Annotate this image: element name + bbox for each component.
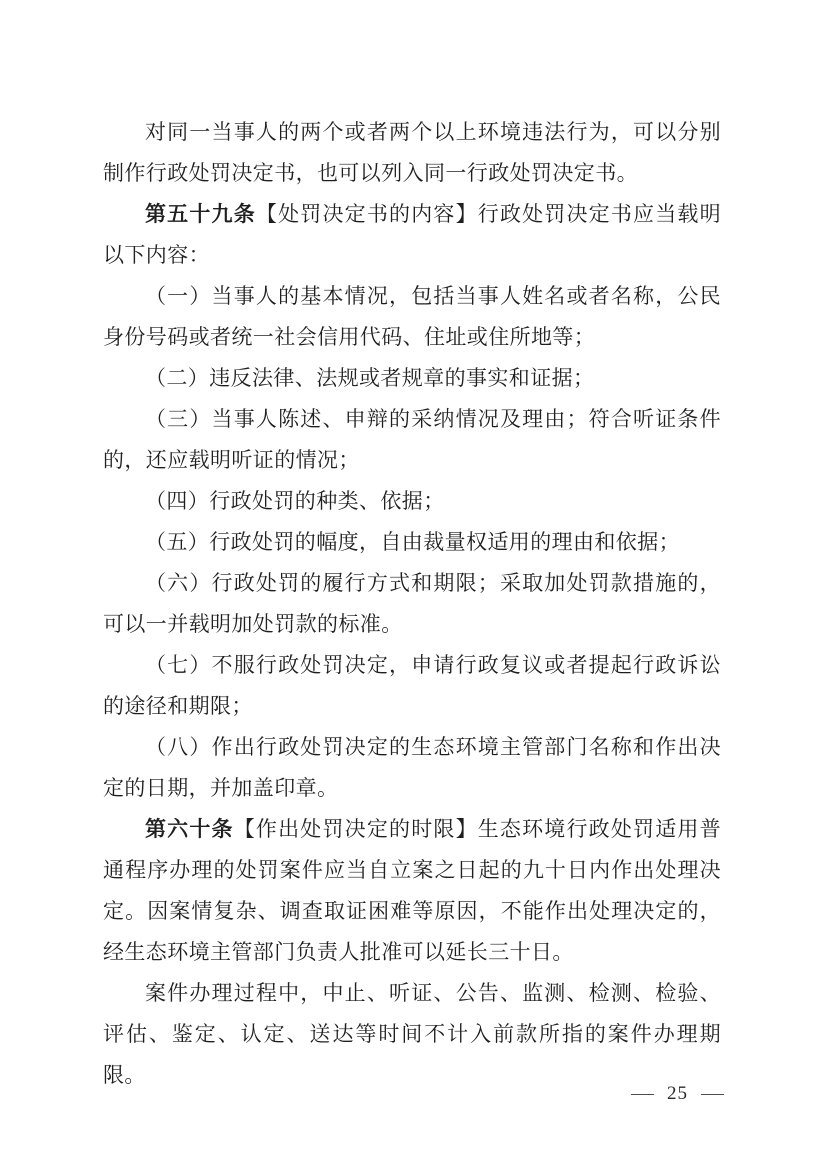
paragraph: （四）行政处罚的种类、依据； xyxy=(103,481,721,522)
page-footer: — 25 — xyxy=(633,1083,722,1105)
text-run: （三）当事人陈述、申辩的采纳情况及理由；符合听证条件的，还应载明听证的情况； xyxy=(103,407,721,472)
paragraph: （五）行政处罚的幅度，自由裁量权适用的理由和依据； xyxy=(103,522,721,563)
text-run: （五）行政处罚的幅度，自由裁量权适用的理由和依据； xyxy=(145,530,680,554)
text-run: （七）不服行政处罚决定，申请行政复议或者提起行政诉讼的途径和期限； xyxy=(103,653,721,718)
text-run: 对同一当事人的两个或者两个以上环境违法行为，可以分别制作行政处罚决定书，也可以列… xyxy=(103,120,721,185)
paragraph: （七）不服行政处罚决定，申请行政复议或者提起行政诉讼的途径和期限； xyxy=(103,645,721,727)
document-body: 对同一当事人的两个或者两个以上环境违法行为，可以分别制作行政处罚决定书，也可以列… xyxy=(103,112,721,1096)
text-run: 案件办理过程中，中止、听证、公告、监测、检测、检验、评估、鉴定、认定、送达等时间… xyxy=(103,981,721,1087)
paragraph: （一）当事人的基本情况，包括当事人姓名或者名称，公民身份号码或者统一社会信用代码… xyxy=(103,276,721,358)
footer-left-dash: — xyxy=(631,1083,654,1105)
article-number: 第六十条 xyxy=(145,817,234,841)
paragraph: （二）违反法律、法规或者规章的事实和证据； xyxy=(103,358,721,399)
paragraph: （八）作出行政处罚决定的生态环境主管部门名称和作出决定的日期，并加盖印章。 xyxy=(103,727,721,809)
paragraph: （三）当事人陈述、申辩的采纳情况及理由；符合听证条件的，还应载明听证的情况； xyxy=(103,399,721,481)
text-run: （八）作出行政处罚决定的生态环境主管部门名称和作出决定的日期，并加盖印章。 xyxy=(103,735,721,800)
paragraph: 第五十九条【处罚决定书的内容】行政处罚决定书应当载明以下内容： xyxy=(103,194,721,276)
paragraph: 对同一当事人的两个或者两个以上环境违法行为，可以分别制作行政处罚决定书，也可以列… xyxy=(103,112,721,194)
paragraph: 第六十条【作出处罚决定的时限】生态环境行政处罚适用普通程序办理的处罚案件应当自立… xyxy=(103,809,721,973)
text-run: （六）行政处罚的履行方式和期限；采取加处罚款措施的，可以一并载明加处罚款的标准。 xyxy=(103,571,721,636)
text-run: （二）违反法律、法规或者规章的事实和证据； xyxy=(145,366,594,390)
document-page: 对同一当事人的两个或者两个以上环境违法行为，可以分别制作行政处罚决定书，也可以列… xyxy=(0,0,826,1169)
text-run: （四）行政处罚的种类、依据； xyxy=(145,489,445,513)
paragraph: 案件办理过程中，中止、听证、公告、监测、检测、检验、评估、鉴定、认定、送达等时间… xyxy=(103,973,721,1096)
paragraph: （六）行政处罚的履行方式和期限；采取加处罚款措施的，可以一并载明加处罚款的标准。 xyxy=(103,563,721,645)
article-number: 第五十九条 xyxy=(145,202,256,226)
footer-right-dash: — xyxy=(701,1083,724,1105)
page-number: 25 xyxy=(667,1083,688,1105)
text-run: （一）当事人的基本情况，包括当事人姓名或者名称，公民身份号码或者统一社会信用代码… xyxy=(103,284,721,349)
